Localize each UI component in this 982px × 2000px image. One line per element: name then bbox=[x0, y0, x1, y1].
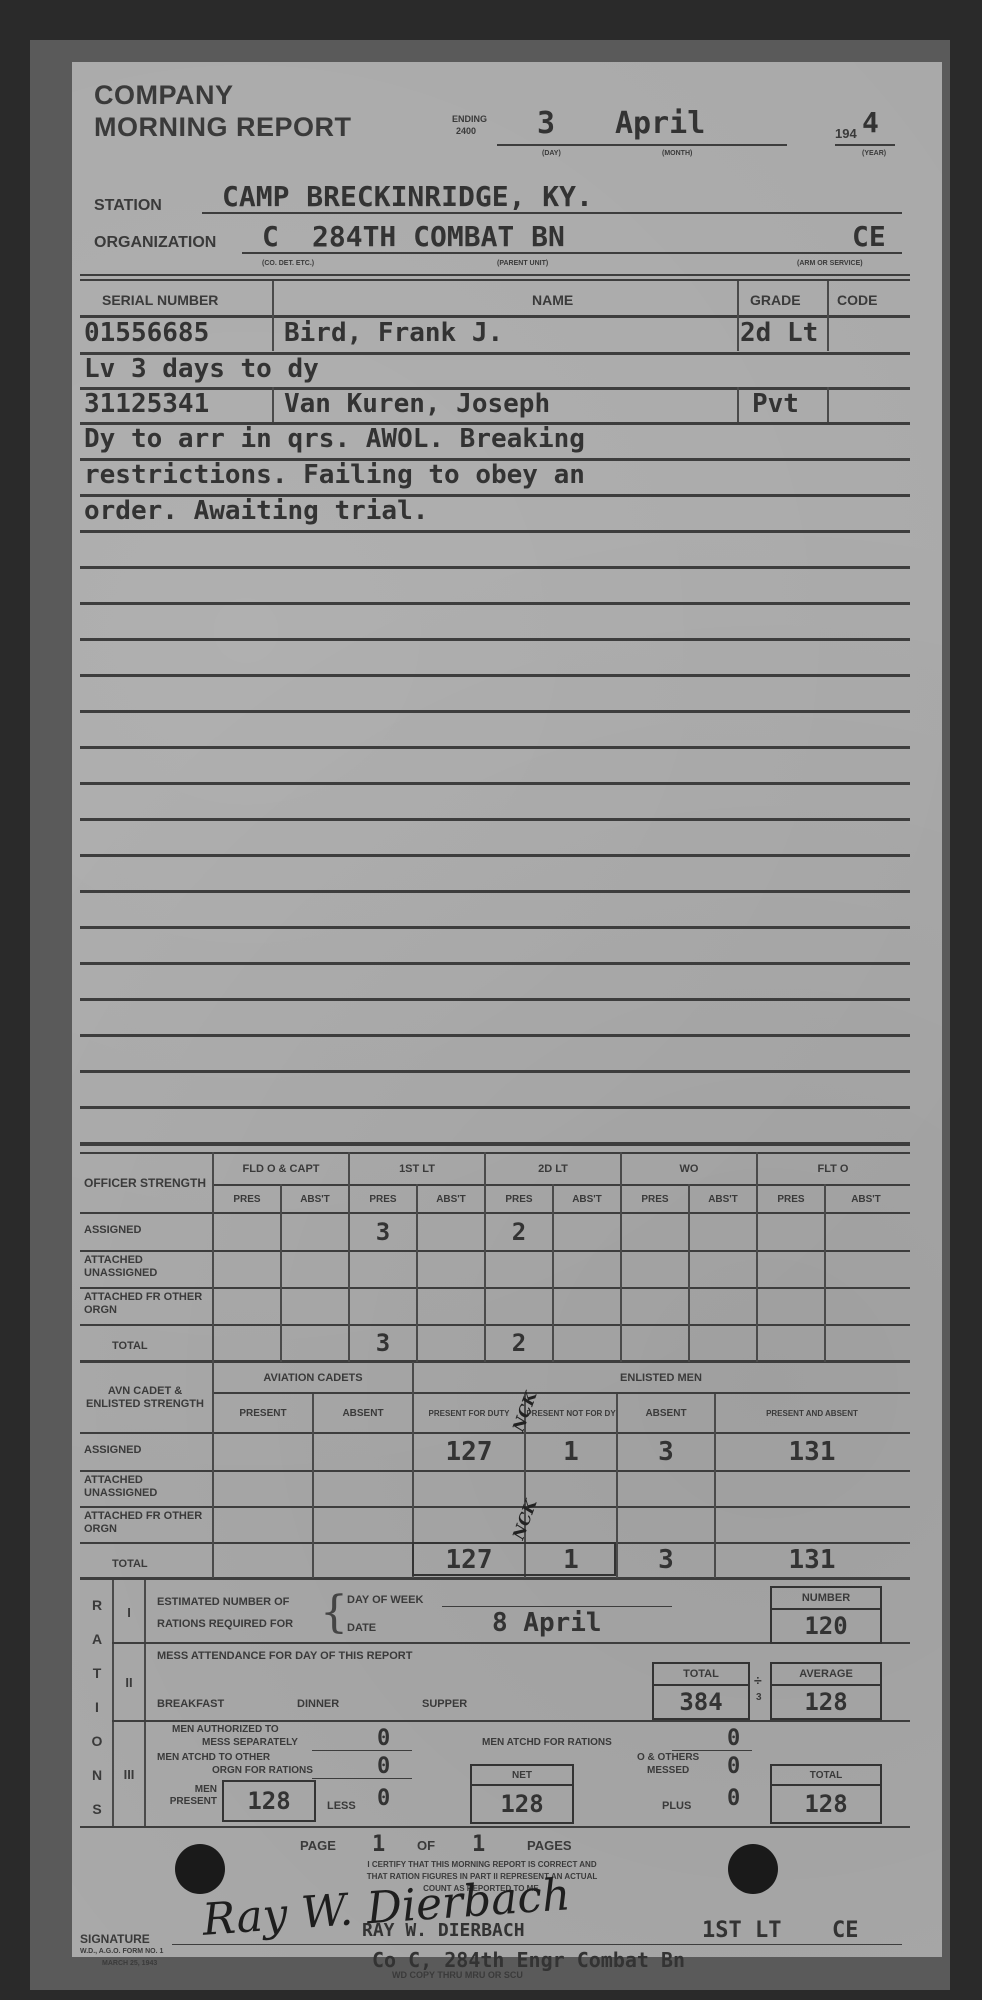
average-value: 128 bbox=[772, 1686, 880, 1718]
morning-report-form: COMPANY MORNING REPORT ENDING 2400 3 Apr… bbox=[72, 62, 942, 1957]
ration-total-box: TOTAL 128 bbox=[770, 1764, 882, 1824]
sub-pres: PRES bbox=[350, 1186, 416, 1212]
atchd-rations-label: MEN ATCHD FOR RATIONS bbox=[482, 1737, 612, 1748]
punch-hole bbox=[175, 1844, 225, 1894]
divide-icon: ÷ bbox=[754, 1672, 762, 1688]
form-date: MARCH 25, 1943 bbox=[102, 1960, 157, 1967]
number-label: NUMBER bbox=[772, 1588, 880, 1610]
ration-total-value: 128 bbox=[772, 1786, 880, 1822]
col-cadet-absent: ABSENT bbox=[314, 1394, 412, 1432]
men-present-box: 128 bbox=[222, 1780, 316, 1822]
col-code: CODE bbox=[837, 292, 877, 308]
officer-group: FLD O & CAPT bbox=[214, 1154, 348, 1184]
row-label-attached-other: ATTACHED FR OTHER ORGN bbox=[84, 1291, 204, 1317]
section-iii-numeral: III bbox=[114, 1722, 144, 1826]
station-label: STATION bbox=[94, 197, 162, 215]
col-grade: GRADE bbox=[750, 292, 801, 308]
enlisted-strength-title: AVN CADET & ENLISTED STRENGTH bbox=[80, 1364, 210, 1432]
caption-arm-service: (ARM OR SERVICE) bbox=[797, 260, 863, 267]
col-present-for-duty: PRESENT FOR DUTY bbox=[414, 1394, 524, 1432]
enlisted-present-duty-total: 127 bbox=[414, 1544, 524, 1576]
officer-strength-title: OFFICER STRENGTH bbox=[80, 1154, 210, 1212]
atchd-other-label-1: MEN ATCHD TO OTHER bbox=[157, 1752, 270, 1763]
row-label-attached-unassigned: ATTACHED UNASSIGNED bbox=[84, 1474, 204, 1500]
officer-1st-lt-assigned: 3 bbox=[350, 1214, 416, 1250]
breakfast-label: BREAKFAST bbox=[157, 1698, 224, 1710]
officer-2d-lt-assigned: 2 bbox=[486, 1214, 552, 1250]
sub-pres: PRES bbox=[486, 1186, 552, 1212]
page-label: PAGE bbox=[300, 1838, 336, 1853]
signer-unit: Co C, 284th Engr Combat Bn bbox=[372, 1948, 685, 1972]
enlisted-present-not-duty-assigned: 1 bbox=[526, 1434, 616, 1470]
enlisted-absent-assigned: 3 bbox=[618, 1434, 714, 1470]
row-label-assigned: ASSIGNED bbox=[84, 1224, 141, 1236]
year-underline bbox=[835, 144, 895, 146]
roster-grade: Pvt bbox=[752, 389, 799, 419]
officer-group: WO bbox=[622, 1154, 756, 1184]
page-value: 1 bbox=[372, 1832, 385, 1857]
auth-sep-label-2: MESS SEPARATELY bbox=[202, 1737, 298, 1748]
sub-abst: ABS'T bbox=[418, 1186, 484, 1212]
ration-total-label: TOTAL bbox=[772, 1766, 880, 1786]
aviation-cadets-header: AVIATION CADETS bbox=[214, 1364, 412, 1392]
enlisted-men-header: ENLISTED MEN bbox=[414, 1364, 908, 1392]
row-label-total: TOTAL bbox=[112, 1340, 148, 1352]
row-label-attached-other: ATTACHED FR OTHER ORGN bbox=[84, 1510, 204, 1536]
sub-abst: ABS'T bbox=[826, 1186, 906, 1212]
ration-date: 8 April bbox=[492, 1608, 602, 1638]
roster-remarks: Lv 3 days to dy bbox=[84, 354, 319, 384]
month-caption: (MONTH) bbox=[662, 150, 692, 157]
men-present-value: 128 bbox=[224, 1782, 314, 1820]
signature-underline bbox=[172, 1944, 902, 1945]
caption-parent-unit: (PARENT UNIT) bbox=[497, 260, 548, 267]
form-number: W.D., A.G.O. FORM NO. 1 bbox=[80, 1948, 163, 1955]
estimated-rations-label-2: RATIONS REQUIRED FOR bbox=[157, 1618, 293, 1630]
sub-abst: ABS'T bbox=[282, 1186, 348, 1212]
divisor: 3 bbox=[756, 1692, 762, 1703]
dinner-label: DINNER bbox=[297, 1698, 339, 1710]
year-caption: (YEAR) bbox=[862, 150, 886, 157]
net-label: NET bbox=[472, 1766, 572, 1786]
less-label: LESS bbox=[327, 1800, 356, 1812]
officer-group: 1ST LT bbox=[350, 1154, 484, 1184]
rations-side-label: RATIONS bbox=[88, 1588, 106, 1826]
date-label: DATE bbox=[347, 1622, 376, 1634]
enlisted-present-duty-assigned: 127 bbox=[414, 1434, 524, 1470]
year-suffix: 4 bbox=[862, 106, 879, 139]
sub-abst: ABS'T bbox=[554, 1186, 620, 1212]
others-label-2: MESSED bbox=[647, 1765, 689, 1776]
row-label-assigned: ASSIGNED bbox=[84, 1444, 141, 1456]
sub-pres: PRES bbox=[622, 1186, 688, 1212]
enlisted-grand-total: 131 bbox=[716, 1544, 908, 1576]
col-present-not-for-duty: PRESENT NOT FOR DY bbox=[526, 1394, 616, 1432]
less-value: 0 bbox=[377, 1786, 390, 1811]
section-ii-numeral: II bbox=[114, 1644, 144, 1720]
net-box: NET 128 bbox=[470, 1764, 574, 1824]
of-value: 1 bbox=[472, 1832, 485, 1857]
officer-group: 2D LT bbox=[486, 1154, 620, 1184]
auth-sep-label-1: MEN AUTHORIZED TO bbox=[172, 1724, 279, 1735]
underline bbox=[672, 1750, 752, 1751]
caption-company: (CO. DET. ETC.) bbox=[262, 260, 314, 267]
report-month: April bbox=[615, 106, 705, 141]
date-underline bbox=[497, 144, 787, 146]
atchd-rations-value: 0 bbox=[727, 1726, 740, 1751]
plus-label: PLUS bbox=[662, 1800, 691, 1812]
men-present-label: MEN PRESENT bbox=[157, 1784, 217, 1808]
col-cadet-present: PRESENT bbox=[214, 1394, 312, 1432]
others-label-1: O & OTHERS bbox=[637, 1752, 699, 1763]
sub-pres: PRES bbox=[214, 1186, 280, 1212]
pages-label: PAGES bbox=[527, 1838, 572, 1853]
ending-label: ENDING bbox=[452, 114, 487, 124]
org-arm-service: CE bbox=[852, 220, 886, 253]
roster-name: Bird, Frank J. bbox=[284, 318, 503, 348]
average-label: AVERAGE bbox=[772, 1664, 880, 1686]
enlisted-present-not-duty-total: 1 bbox=[526, 1544, 616, 1576]
mess-attendance-title: MESS ATTENDANCE FOR DAY OF THIS REPORT bbox=[157, 1650, 412, 1662]
signer-rank: 1ST LT bbox=[702, 1918, 781, 1943]
day-of-week-underline bbox=[442, 1606, 672, 1607]
net-value: 128 bbox=[472, 1786, 572, 1822]
underline bbox=[312, 1778, 412, 1779]
copy-note: WD COPY THRU MRU OR SCU bbox=[392, 1970, 523, 1980]
roster-remarks: Dy to arr in qrs. AWOL. Breaking bbox=[84, 424, 585, 454]
number-value: 120 bbox=[772, 1610, 880, 1642]
report-day: 3 bbox=[537, 106, 555, 141]
org-parent-unit: 284TH COMBAT BN bbox=[312, 220, 565, 253]
of-label: OF bbox=[417, 1838, 435, 1853]
roster-name: Van Kuren, Joseph bbox=[284, 389, 550, 419]
roster-serial: 01556685 bbox=[84, 318, 209, 348]
total-attendance-value: 384 bbox=[654, 1686, 748, 1718]
average-box: AVERAGE 128 bbox=[770, 1662, 882, 1720]
roster-serial: 31125341 bbox=[84, 389, 209, 419]
col-enlisted-absent: ABSENT bbox=[618, 1394, 714, 1432]
day-caption: (DAY) bbox=[542, 150, 561, 157]
row-label-attached-unassigned: ATTACHED UNASSIGNED bbox=[84, 1254, 204, 1280]
total-attendance-box: TOTAL 384 bbox=[652, 1662, 750, 1720]
col-serial-number: SERIAL NUMBER bbox=[102, 292, 218, 308]
divider bbox=[80, 279, 910, 281]
year-prefix: 194 bbox=[835, 126, 857, 141]
form-title-line2: MORNING REPORT bbox=[94, 112, 352, 143]
plus-value: 0 bbox=[727, 1786, 740, 1811]
officer-1st-lt-total: 3 bbox=[350, 1326, 416, 1360]
total-label: TOTAL bbox=[654, 1664, 748, 1686]
col-name: NAME bbox=[532, 292, 573, 308]
enlisted-total-assigned: 131 bbox=[716, 1434, 908, 1470]
officer-2d-lt-total: 2 bbox=[486, 1326, 552, 1360]
org-company: C bbox=[262, 220, 279, 253]
supper-label: SUPPER bbox=[422, 1698, 467, 1710]
organization-label: ORGANIZATION bbox=[94, 234, 216, 252]
officer-group: FLT O bbox=[758, 1154, 908, 1184]
auth-sep-value: 0 bbox=[377, 1726, 390, 1751]
station-value: CAMP BRECKINRIDGE, KY. bbox=[222, 180, 593, 213]
estimated-rations-label-1: ESTIMATED NUMBER OF bbox=[157, 1596, 289, 1608]
col-present-and-absent: PRESENT AND ABSENT bbox=[716, 1394, 908, 1432]
brace-icon: { bbox=[320, 1588, 348, 1638]
underline bbox=[312, 1750, 412, 1751]
roster-remarks: order. Awaiting trial. bbox=[84, 496, 428, 526]
sub-abst: ABS'T bbox=[690, 1186, 756, 1212]
roster-grade: 2d Lt bbox=[740, 318, 818, 348]
ending-time: 2400 bbox=[456, 126, 476, 136]
section-i-numeral: I bbox=[114, 1582, 144, 1642]
handwritten-annotation: NCK bbox=[509, 1497, 541, 1542]
enlisted-absent-total: 3 bbox=[618, 1544, 714, 1576]
number-box: NUMBER 120 bbox=[770, 1586, 882, 1644]
signature-label: SIGNATURE bbox=[80, 1932, 150, 1946]
day-of-week-label: DAY OF WEEK bbox=[347, 1594, 423, 1606]
row-label-total: TOTAL bbox=[112, 1558, 148, 1570]
sub-pres: PRES bbox=[758, 1186, 824, 1212]
atchd-other-label-2: ORGN FOR RATIONS bbox=[212, 1765, 313, 1776]
punch-hole bbox=[728, 1844, 778, 1894]
roster-remarks: restrictions. Failing to obey an bbox=[84, 460, 585, 490]
divider bbox=[80, 274, 910, 276]
form-title-line1: COMPANY bbox=[94, 80, 234, 111]
others-value: 0 bbox=[727, 1754, 740, 1779]
signer-arm: CE bbox=[832, 1918, 859, 1943]
certify-line-1: I CERTIFY THAT THIS MORNING REPORT IS CO… bbox=[272, 1860, 692, 1869]
atchd-other-value: 0 bbox=[377, 1754, 390, 1779]
